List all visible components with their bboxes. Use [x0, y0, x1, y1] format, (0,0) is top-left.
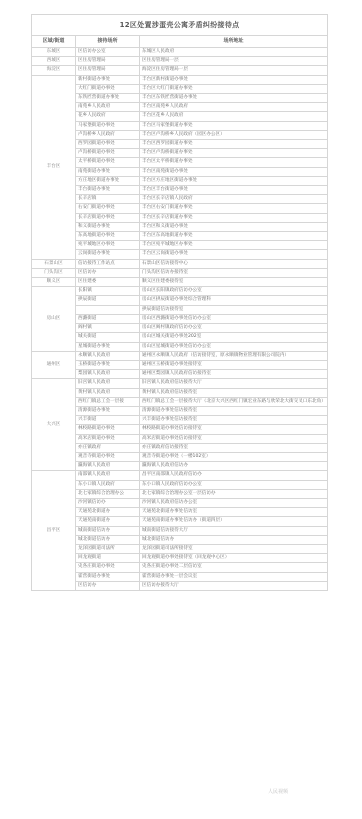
table-row: 沙河镇信访办沙河镇人民政府信访办公室	[32, 498, 328, 507]
address-cell: 黄村镇人民政府信访接待室	[140, 388, 328, 397]
address-cell: 通州区梨园镇人民政府信访接待室	[140, 370, 328, 379]
address-cell: 天通苑南街道办事处信访办（街道四层）	[140, 517, 328, 526]
reception-points-table: 12区处置涉蛋壳公寓矛盾纠纷接待点 区域/街道 接待场所 场所地址 东城区区信访…	[31, 14, 328, 591]
address-cell: 高米店街道办事处信访接待室	[140, 434, 328, 443]
address-cell: 丰台区太平桥街道办事处	[140, 158, 328, 167]
address-cell: 通州区永顺镇人民政府（信访接待室，原永顺镇物业管理有限公司院内）	[140, 351, 328, 360]
address-cell: 东小口镇人民政府信访办公室	[140, 480, 328, 489]
place-cell: 区信访办公室	[76, 48, 140, 57]
address-cell: 天通苑北街道办事处信访室	[140, 508, 328, 517]
place-cell: 南苑乡人民政府	[76, 103, 140, 112]
place-cell: 拱辰街道	[76, 296, 140, 305]
place-cell: 云岗街道办事处	[76, 250, 140, 259]
place-cell: 星城街道办事处	[76, 342, 140, 351]
place-cell: 观音寺街道办事处	[76, 452, 140, 461]
address-cell: 顺义区住建委接待室	[140, 278, 328, 287]
address-cell: 区信访办接待大厅	[140, 581, 328, 590]
place-cell: 林校路街道办事处	[76, 425, 140, 434]
header-address: 场所地址	[140, 36, 328, 48]
address-cell: 丰台区西罗园街道办事处	[140, 140, 328, 149]
place-cell: 方庄地区街道办事处	[76, 176, 140, 185]
address-cell: 城南街道信访接待大厅	[140, 526, 328, 535]
table-row: 瀛海镇人民政府瀛海镇人民政府信访办	[32, 462, 328, 471]
place-cell: 区信访办	[76, 581, 140, 590]
address-cell: 房山区阎村镇政府信访办公室	[140, 324, 328, 333]
place-cell: 阎村镇	[76, 324, 140, 333]
place-cell: 亦庄镇政府	[76, 443, 140, 452]
table-row: 高米店街道办事处高米店街道办事处信访接待室	[32, 434, 328, 443]
table-row: 南苑街道办事处丰台区南苑街道办事处	[32, 167, 328, 176]
address-cell: 北七家镇综合治理办公室一层信访办	[140, 489, 328, 498]
place-cell: 东小口镇人民政府	[76, 480, 140, 489]
place-cell: 信访接待工作站点	[76, 259, 140, 268]
place-cell: 沙河镇信访办	[76, 498, 140, 507]
table-row: 史各庄街道办事处史各庄街道办事处二层信访室	[32, 563, 328, 572]
table-row: 黄村镇人民政府黄村镇人民政府信访接待室	[32, 388, 328, 397]
place-cell: 玉桥街道办事处	[76, 360, 140, 369]
table-row: 花乡人民政府丰台区花乡人民政府	[32, 112, 328, 121]
place-cell: 南邵镇人民政府	[76, 471, 140, 480]
place-cell: 宛平城地区办事处	[76, 241, 140, 250]
address-cell: 西红门镇总工会一层接待大厅（北京大兴区西红门镇宏业东路与欣荣北大街交叉口东北角）	[140, 397, 328, 406]
place-cell: 区住房管理局	[76, 57, 140, 66]
table-row: 拱辰街道信访接待室	[32, 305, 328, 314]
watermark: 人民视频	[266, 788, 290, 795]
place-cell: 卢沟桥乡人民政府	[76, 130, 140, 139]
table-row: 卢沟桥乡人民政府丰台区卢沟桥乡人民政府（园区办公区）	[32, 130, 328, 139]
place-cell: 西罗园街道办事处	[76, 140, 140, 149]
address-cell: 东城区人民政府	[140, 48, 328, 57]
address-cell: 房山区城关街道办事处202室	[140, 333, 328, 342]
address-cell: 区住房管理局一层	[140, 57, 328, 66]
address-cell: 丰台区云岗街道办事处	[140, 250, 328, 259]
table-row: 长辛店街道办事处丰台区长辛店街道办事处	[32, 213, 328, 222]
table-row: 南苑乡人民政府丰台区南苑乡人民政府	[32, 103, 328, 112]
table-row: 海淀区区住房管理局海淀区住房管理局一层	[32, 66, 328, 75]
place-cell: 回龙观街道	[76, 554, 140, 563]
table-row: 天通苑北街道办天通苑北街道办事处信访室	[32, 508, 328, 517]
place-cell: 西潞街道	[76, 314, 140, 323]
table-row: 西潞街道房山区西潞街道办事处信访办公室	[32, 314, 328, 323]
address-cell: 丰台区卢沟桥乡人民政府（园区办公区）	[140, 130, 328, 139]
place-cell: 清源街道办事处	[76, 406, 140, 415]
table-row: 石景山区信访接待工作站点石景山区信访接待中心	[32, 259, 328, 268]
address-cell: 拱辰街道信访接待室	[140, 305, 328, 314]
table-row: 昌平区南邵镇人民政府昌平区南邵镇人民政府信访办	[32, 471, 328, 480]
table-row: 方庄地区街道办事处丰台区方庄地区街道办事处	[32, 176, 328, 185]
table-row: 区信访办区信访办接待大厅	[32, 581, 328, 590]
address-cell: 丰台区东铁匠营街道办事处	[140, 94, 328, 103]
address-cell: 丰台区新村街道办事处	[140, 75, 328, 84]
address-cell: 海淀区住房管理局一层	[140, 66, 328, 75]
place-cell: 花乡人民政府	[76, 112, 140, 121]
address-cell: 房山区长阳镇政府信访办公室	[140, 287, 328, 296]
district-cell: 石景山区	[32, 259, 76, 268]
table-row: 右安门街道办事处丰台区右安门街道办事处	[32, 204, 328, 213]
table-row: 观音寺街道办事处观音寺街道办事处（一楼102室）	[32, 452, 328, 461]
place-cell: 区住建委	[76, 278, 140, 287]
table-row: 卢沟桥街道办事处丰台区卢沟桥街道办事处	[32, 149, 328, 158]
table-row: 长辛店镇丰台区长辛店镇人民政府	[32, 195, 328, 204]
table-row: 城北街道信访办城北街道信访办	[32, 535, 328, 544]
table-body: 东城区区信访办公室东城区人民政府西城区区住房管理局区住房管理局一层海淀区区住房管…	[32, 48, 328, 591]
district-cell: 顺义区	[32, 278, 76, 287]
address-cell: 丰台区丰台街道办事处	[140, 186, 328, 195]
address-cell: 丰台区马家堡街道办事处	[140, 121, 328, 130]
table-row: 西罗园街道办事处丰台区西罗园街道办事处	[32, 140, 328, 149]
district-cell: 东城区	[32, 48, 76, 57]
place-cell: 大红门街道办事处	[76, 84, 140, 93]
address-cell: 旧宫镇人民政府信访接待大厅	[140, 379, 328, 388]
place-cell: 和义街道办事处	[76, 222, 140, 231]
place-cell: 长阳镇	[76, 287, 140, 296]
district-cell: 丰台区	[32, 75, 76, 259]
place-cell: 兴丰街道	[76, 416, 140, 425]
table-row: 龙泽园街道司法所龙泽园街道司法所接待室	[32, 544, 328, 553]
address-cell: 丰台区大红门街道办事处	[140, 84, 328, 93]
place-cell: 天通苑北街道办	[76, 508, 140, 517]
table-row: 阎村镇房山区阎村镇政府信访办公室	[32, 324, 328, 333]
district-cell: 房山区	[32, 287, 76, 351]
header-district: 区域/街道	[32, 36, 76, 48]
place-cell: 高米店街道办事处	[76, 434, 140, 443]
place-cell: 卢沟桥街道办事处	[76, 149, 140, 158]
place-cell: 马家堡街道办事处	[76, 121, 140, 130]
address-cell: 林校路街道办事处信访接待室	[140, 425, 328, 434]
address-cell: 城北街道信访办	[140, 535, 328, 544]
address-cell: 龙泽园街道司法所接待室	[140, 544, 328, 553]
table-row: 通州区永顺镇人民政府通州区永顺镇人民政府（信访接待室，原永顺镇物业管理有限公司院…	[32, 351, 328, 360]
table-row: 东城区区信访办公室东城区人民政府	[32, 48, 328, 57]
address-cell: 沙河镇人民政府信访办公室	[140, 498, 328, 507]
place-cell: 黄村镇人民政府	[76, 388, 140, 397]
address-cell: 亦庄镇政府信访接待室	[140, 443, 328, 452]
table-row: 天通苑南街道办天通苑南街道办事处信访办（街道四层）	[32, 517, 328, 526]
address-cell: 丰台区宛平城地区办事处	[140, 241, 328, 250]
place-cell: 丰台街道办事处	[76, 186, 140, 195]
table-row: 马家堡街道办事处丰台区马家堡街道办事处	[32, 121, 328, 130]
table-title-row: 12区处置涉蛋壳公寓矛盾纠纷接待点	[32, 15, 328, 36]
district-cell: 海淀区	[32, 66, 76, 75]
table-row: 霍营街道办事处霍营街道办事处一层会议室	[32, 572, 328, 581]
table-row: 云岗街道办事处丰台区云岗街道办事处	[32, 250, 328, 259]
table-row: 城关街道房山区城关街道办事处202室	[32, 333, 328, 342]
address-cell: 观音寺街道办事处（一楼102室）	[140, 452, 328, 461]
address-cell: 清源街道办事处信访接待室	[140, 406, 328, 415]
place-cell: 北七家镇综合治理办公	[76, 489, 140, 498]
table-row: 北七家镇综合治理办公北七家镇综合治理办公室一层信访办	[32, 489, 328, 498]
table-row: 房山区长阳镇房山区长阳镇政府信访办公室	[32, 287, 328, 296]
place-cell: 旧宫镇人民政府	[76, 379, 140, 388]
table-row: 丰台街道办事处丰台区丰台街道办事处	[32, 186, 328, 195]
address-cell: 房山区拱辰街道办事处综合管理科	[140, 296, 328, 305]
table-row: 大红门街道办事处丰台区大红门街道办事处	[32, 84, 328, 93]
table-row: 亦庄镇政府亦庄镇政府信访接待室	[32, 443, 328, 452]
address-cell: 石景山区信访接待中心	[140, 259, 328, 268]
district-cell: 西城区	[32, 57, 76, 66]
place-cell: 太平桥街道办事处	[76, 158, 140, 167]
district-cell: 门头沟区	[32, 268, 76, 277]
district-cell: 通州区	[32, 351, 76, 379]
place-cell: 新村街道办事处	[76, 75, 140, 84]
place-cell: 东铁匠营街道办事处	[76, 94, 140, 103]
table-row: 东高地街道办事处丰台区东高地街道办事处	[32, 232, 328, 241]
place-cell: 天通苑南街道办	[76, 517, 140, 526]
address-cell: 丰台区卢沟桥街道办事处	[140, 149, 328, 158]
address-cell: 丰台区南苑乡人民政府	[140, 103, 328, 112]
address-cell: 史各庄街道办事处二层信访室	[140, 563, 328, 572]
table-row: 顺义区区住建委顺义区住建委接待室	[32, 278, 328, 287]
place-cell: 梨园镇人民政府	[76, 370, 140, 379]
district-cell: 大兴区	[32, 379, 76, 471]
place-cell: 区信访办	[76, 268, 140, 277]
place-cell: 城南街道信访办	[76, 526, 140, 535]
table-row: 拱辰街道房山区拱辰街道办事处综合管理科	[32, 296, 328, 305]
table-row: 丰台区新村街道办事处丰台区新村街道办事处	[32, 75, 328, 84]
place-cell: 史各庄街道办事处	[76, 563, 140, 572]
address-cell: 丰台区东高地街道办事处	[140, 232, 328, 241]
table-row: 清源街道办事处清源街道办事处信访接待室	[32, 406, 328, 415]
table-row: 林校路街道办事处林校路街道办事处信访接待室	[32, 425, 328, 434]
reception-points-table-container: 12区处置涉蛋壳公寓矛盾纠纷接待点 区域/街道 接待场所 场所地址 东城区区信访…	[31, 14, 328, 591]
table-row: 宛平城地区办事处丰台区宛平城地区办事处	[32, 241, 328, 250]
place-cell: 西红门镇总工会一层接	[76, 397, 140, 406]
table-row: 回龙观街道回龙观街道办事处接待室（回龙观中心区）	[32, 554, 328, 563]
address-cell: 丰台区方庄地区街道办事处	[140, 176, 328, 185]
address-cell: 房山区西潞街道办事处信访办公室	[140, 314, 328, 323]
place-cell: 区住房管理局	[76, 66, 140, 75]
table-row: 城南街道信访办城南街道信访接待大厅	[32, 526, 328, 535]
table-row: 门头沟区区信访办门头沟区信访办接待室	[32, 268, 328, 277]
address-cell: 昌平区南邵镇人民政府信访办	[140, 471, 328, 480]
address-cell: 门头沟区信访办接待室	[140, 268, 328, 277]
address-cell: 兴丰街道办事处信访接待室	[140, 416, 328, 425]
table-row: 玉桥街道办事处通州区玉桥街道办事处接待室	[32, 360, 328, 369]
header-place: 接待场所	[76, 36, 140, 48]
district-cell: 昌平区	[32, 471, 76, 591]
table-row: 东小口镇人民政府东小口镇人民政府信访办公室	[32, 480, 328, 489]
table-row: 星城街道办事处房山区星城街道办事处信访办公室	[32, 342, 328, 351]
address-cell: 丰台区南苑街道办事处	[140, 167, 328, 176]
address-cell: 瀛海镇人民政府信访办	[140, 462, 328, 471]
table-row: 东铁匠营街道办事处丰台区东铁匠营街道办事处	[32, 94, 328, 103]
place-cell: 永顺镇人民政府	[76, 351, 140, 360]
place-cell: 长辛店镇	[76, 195, 140, 204]
address-cell: 通州区玉桥街道办事处接待室	[140, 360, 328, 369]
address-cell: 丰台区和义街道办事处	[140, 222, 328, 231]
place-cell: 东高地街道办事处	[76, 232, 140, 241]
address-cell: 丰台区长辛店街道办事处	[140, 213, 328, 222]
place-cell: 右安门街道办事处	[76, 204, 140, 213]
place-cell: 霍营街道办事处	[76, 572, 140, 581]
place-cell: 龙泽园街道司法所	[76, 544, 140, 553]
place-cell: 城北街道信访办	[76, 535, 140, 544]
place-cell: 南苑街道办事处	[76, 167, 140, 176]
table-row: 西红门镇总工会一层接西红门镇总工会一层接待大厅（北京大兴区西红门镇宏业东路与欣荣…	[32, 397, 328, 406]
address-cell: 霍营街道办事处一层会议室	[140, 572, 328, 581]
place-cell: 长辛店街道办事处	[76, 213, 140, 222]
address-cell: 丰台区右安门街道办事处	[140, 204, 328, 213]
address-cell: 丰台区长辛店镇人民政府	[140, 195, 328, 204]
table-row: 和义街道办事处丰台区和义街道办事处	[32, 222, 328, 231]
address-cell: 回龙观街道办事处接待室（回龙观中心区）	[140, 554, 328, 563]
place-cell	[76, 305, 140, 314]
table-row: 西城区区住房管理局区住房管理局一层	[32, 57, 328, 66]
place-cell: 瀛海镇人民政府	[76, 462, 140, 471]
address-cell: 房山区星城街道办事处信访办公室	[140, 342, 328, 351]
table-row: 兴丰街道兴丰街道办事处信访接待室	[32, 416, 328, 425]
table-row: 大兴区旧宫镇人民政府旧宫镇人民政府信访接待大厅	[32, 379, 328, 388]
table-header-row: 区域/街道 接待场所 场所地址	[32, 36, 328, 48]
table-title: 12区处置涉蛋壳公寓矛盾纠纷接待点	[32, 15, 328, 36]
table-row: 梨园镇人民政府通州区梨园镇人民政府信访接待室	[32, 370, 328, 379]
place-cell: 城关街道	[76, 333, 140, 342]
table-row: 太平桥街道办事处丰台区太平桥街道办事处	[32, 158, 328, 167]
address-cell: 丰台区花乡人民政府	[140, 112, 328, 121]
